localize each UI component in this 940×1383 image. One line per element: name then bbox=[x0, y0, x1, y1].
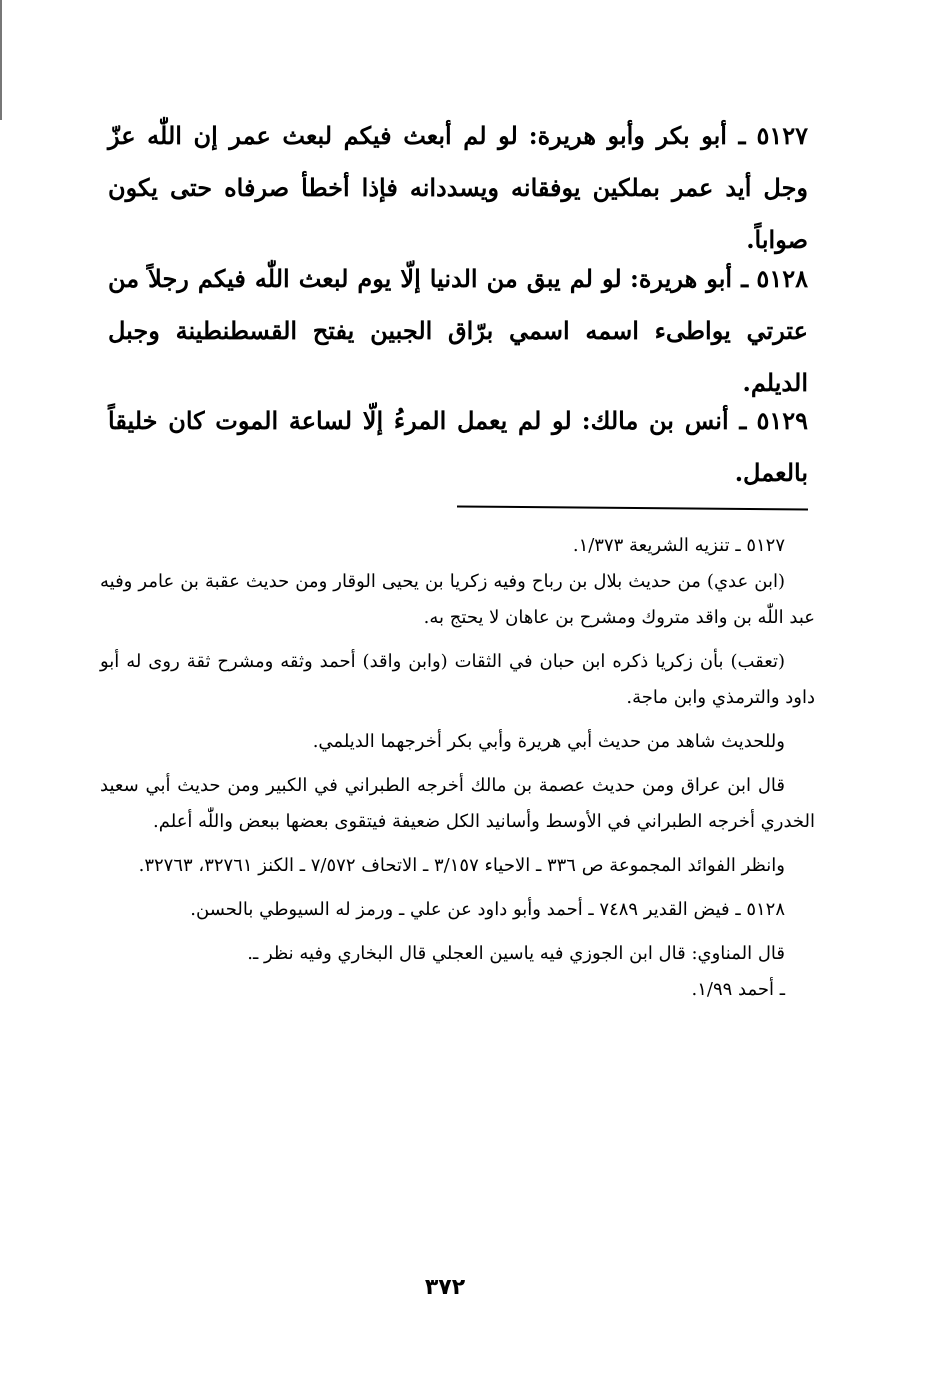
footnote-taaqub: (تعقب) بأن زكريا ذكره ابن حبان في الثقات… bbox=[100, 644, 815, 716]
hadith-entry-5129: ٥١٢٩ ـ أنس بن مالك: لو لم يعمل المرءُ إل… bbox=[108, 395, 808, 499]
entry-number: ٥١٢٧ bbox=[756, 121, 808, 150]
entry-narrator: أبو هريرة: bbox=[630, 264, 732, 293]
footnote-munawi: قال المناوي: قال ابن الجوزي فيه ياسين ال… bbox=[100, 936, 815, 972]
footnote-5128-source: ٥١٢٨ ـ فيض القدير ٧٤٨٩ ـ أحمد وأبو داود … bbox=[100, 892, 815, 928]
entry-number: ٥١٢٨ bbox=[756, 264, 808, 293]
hadith-entry-5128: ٥١٢٨ ـ أبو هريرة: لو لم يبق من الدنيا إل… bbox=[108, 253, 808, 409]
entry-number: ٥١٢٩ bbox=[756, 406, 808, 435]
entry-narrator: أبو بكر وأبو هريرة: bbox=[529, 121, 727, 150]
footnote-5127-source: ٥١٢٧ ـ تنزيه الشريعة ١/٣٧٣. bbox=[100, 528, 815, 564]
hadith-entry-5127: ٥١٢٧ ـ أبو بكر وأبو هريرة: لو لم أبعث في… bbox=[108, 110, 808, 266]
footnotes: ٥١٢٧ ـ تنزيه الشريعة ١/٣٧٣. (ابن عدي) من… bbox=[100, 528, 815, 1008]
footnote-ahmad: ـ أحمد ١/٩٩. bbox=[100, 972, 815, 1008]
page-edge-line bbox=[0, 0, 2, 120]
footnote-ibn-adi: (ابن عدي) من حديث بلال بن رباح وفيه زكري… bbox=[100, 564, 815, 636]
footnote-references: وانظر الفوائد المجموعة ص ٣٣٦ ـ الاحياء ٣… bbox=[100, 848, 815, 884]
footnote-ibn-iraq: قال ابن عراق ومن حديث عصمة بن مالك أخرجه… bbox=[100, 768, 815, 840]
entry-narrator: أنس بن مالك: bbox=[582, 406, 729, 435]
page-number: ٣٧٢ bbox=[410, 1275, 480, 1300]
footnote-shahid: وللحديث شاهد من حديث أبي هريرة وأبي بكر … bbox=[100, 724, 815, 760]
footnote-separator bbox=[457, 505, 808, 510]
